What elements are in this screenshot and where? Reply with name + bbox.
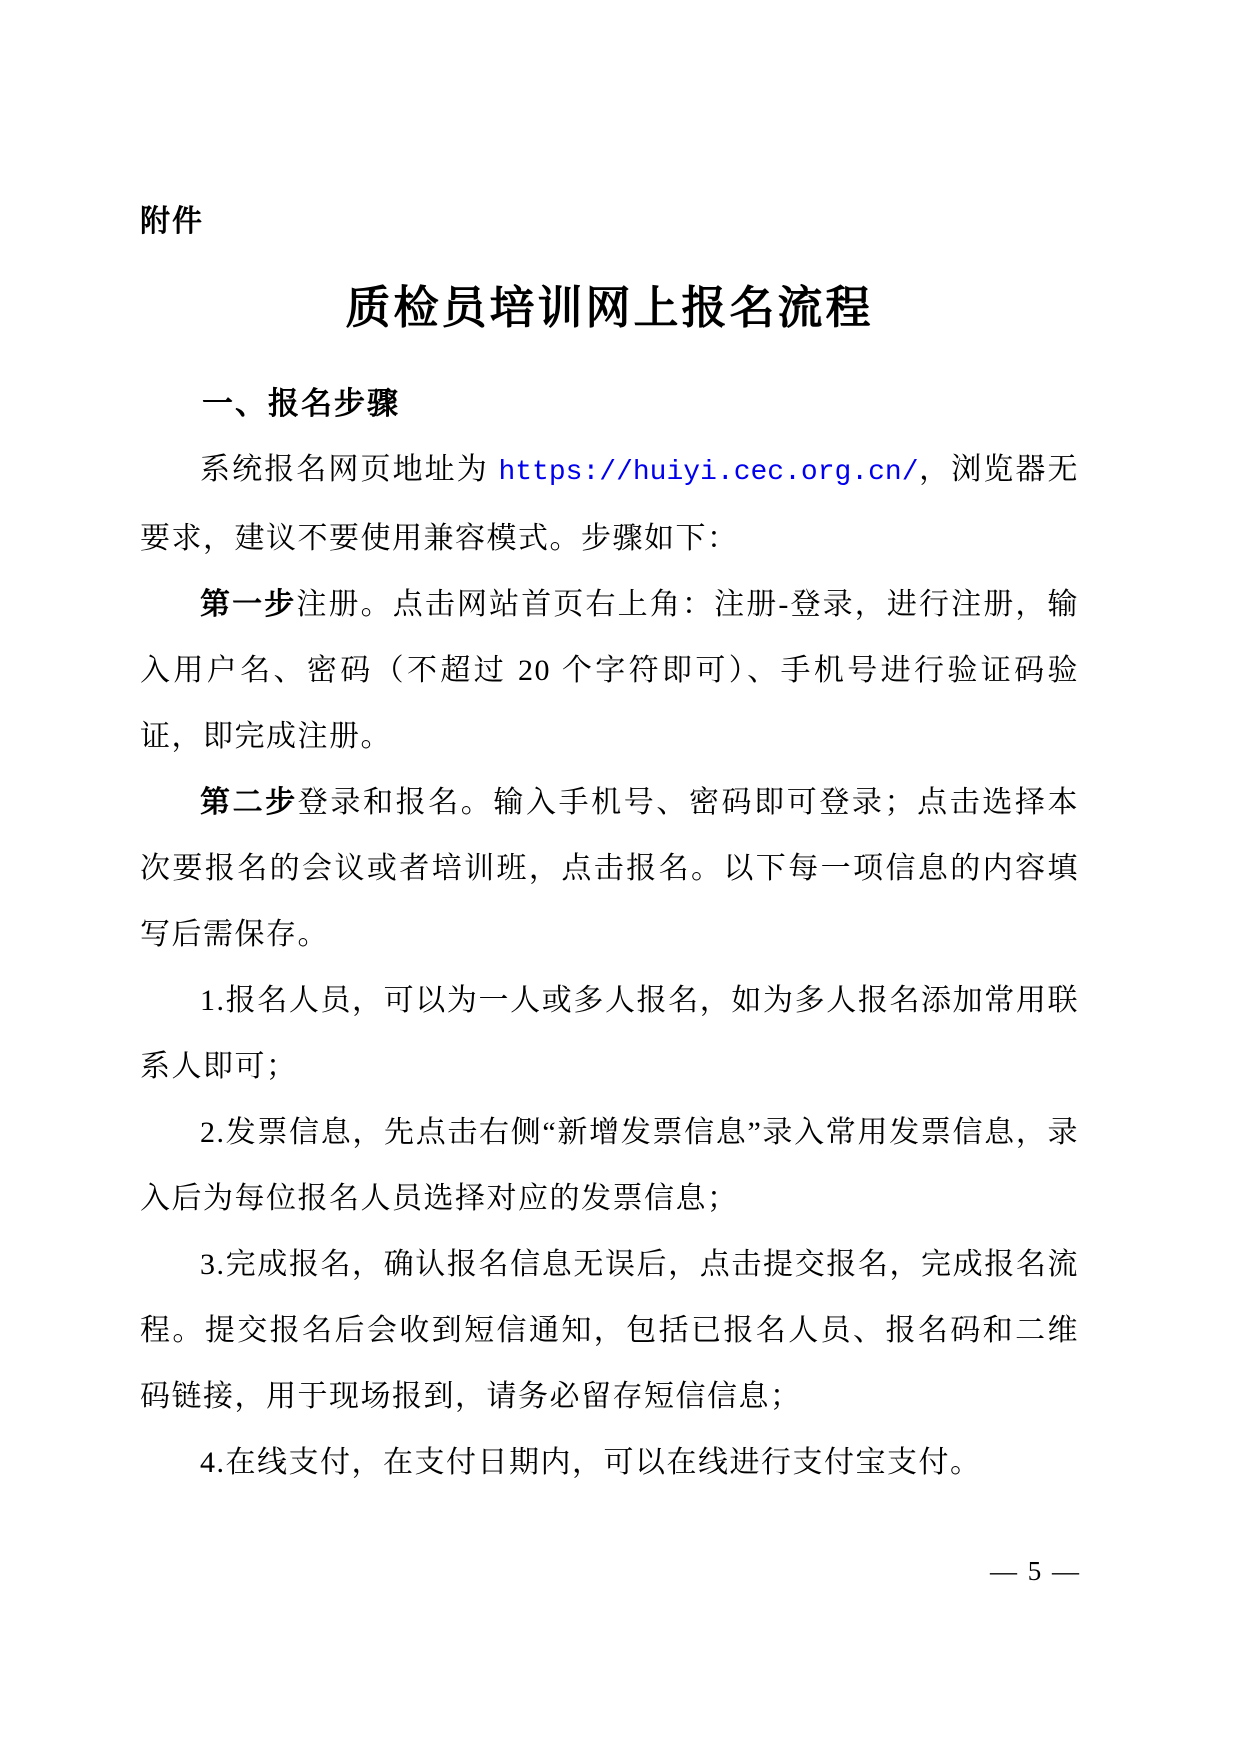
attachment-label: 附件 — [140, 196, 204, 240]
step1-paragraph: 第一步注册。点击网站首页右上角：注册-登录，进行注册，输入用户名、密码（不超过 … — [140, 572, 1079, 770]
page-number: — 5 — — [990, 1556, 1081, 1587]
list-item-2: 2.发票信息，先点击右侧“新增发票信息”录入常用发票信息，录入后为每位报名人员选… — [140, 1100, 1079, 1232]
page-title: 质检员培训网上报名流程 — [140, 283, 1079, 333]
section-heading: 一、报名步骤 — [140, 386, 400, 422]
step2-label: 第二步 — [200, 786, 298, 819]
step2-paragraph: 第二步登录和报名。输入手机号、密码即可登录；点击选择本次要报名的会议或者培训班，… — [140, 770, 1079, 968]
step1-label: 第一步 — [200, 588, 296, 621]
list-item-1: 1.报名人员，可以为一人或多人报名，如为多人报名添加常用联系人即可； — [140, 968, 1079, 1100]
intro-before-link: 系统报名网页地址为 — [200, 453, 498, 486]
list-item-3: 3.完成报名，确认报名信息无误后，点击提交报名，完成报名流程。提交报名后会收到短… — [140, 1232, 1079, 1430]
registration-url-link[interactable]: https://huiyi.cec.org.cn/ — [498, 457, 918, 488]
list-item-4: 4.在线支付，在支付日期内，可以在线进行支付宝支付。 — [140, 1430, 1079, 1496]
intro-paragraph: 系统报名网页地址为 https://huiyi.cec.org.cn/，浏览器无… — [140, 437, 1079, 572]
document-page: 附件 质检员培训网上报名流程 一、报名步骤 系统报名网页地址为 https://… — [0, 0, 1241, 1754]
body-text: 系统报名网页地址为 https://huiyi.cec.org.cn/，浏览器无… — [140, 437, 1079, 1496]
